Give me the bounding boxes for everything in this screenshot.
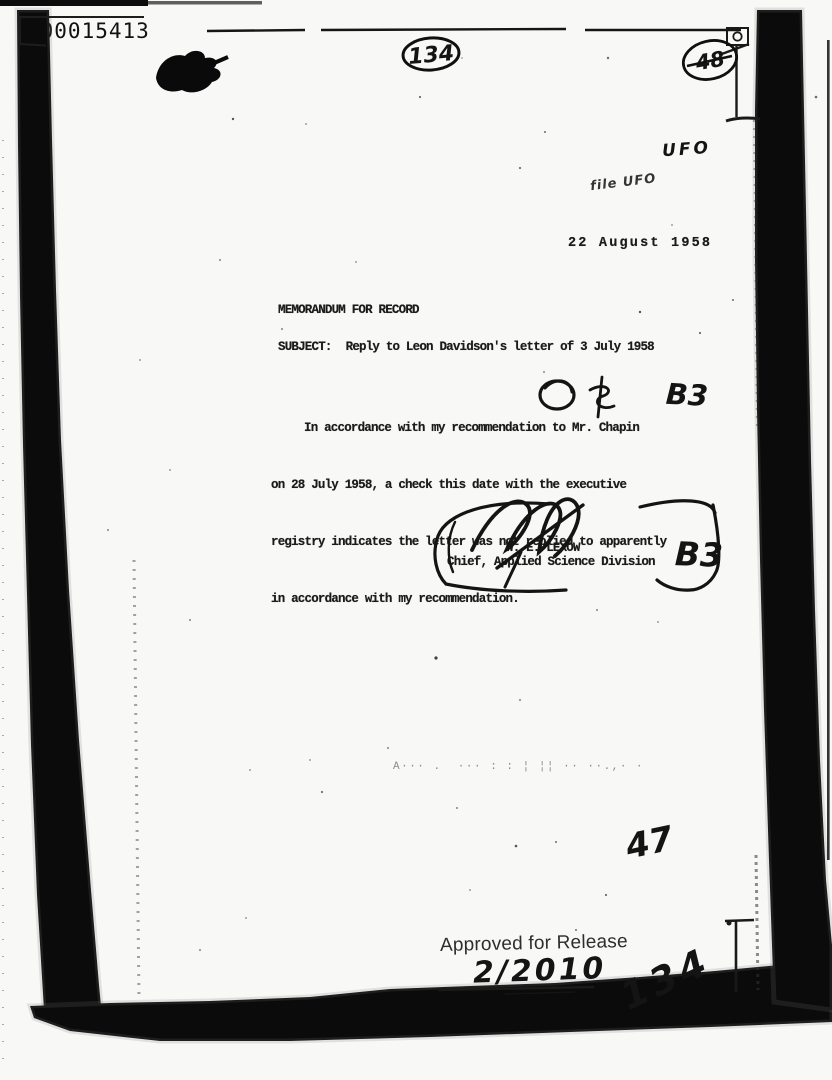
scan-artifact-bottom-band — [30, 959, 832, 1041]
scanned-memo-page: C00015413 22 August 1958 MEMORANDUM FOR … — [0, 0, 832, 1080]
memo-date: 22 August 1958 — [568, 236, 712, 251]
memo-subject-line: SUBJECT: Reply to Leon Davidson's letter… — [278, 340, 654, 354]
signature-title: Chief, Applied Science Division — [447, 555, 655, 569]
file-annotation: file UFO — [589, 171, 657, 194]
page-number-circled-48: 48 — [679, 35, 740, 84]
svg-text:48: 48 — [693, 47, 727, 76]
memo-body-line: on 28 July 1958, a check this date with … — [271, 471, 691, 500]
approved-for-release-stamp: Approved for Release — [440, 931, 628, 957]
scan-artifact-left-band — [17, 10, 101, 1010]
svg-text:134: 134 — [407, 41, 455, 70]
release-date-handwritten: 2/2010 — [472, 951, 606, 991]
ufo-annotation: UFO — [661, 138, 711, 161]
scan-artifact-right-band — [755, 10, 832, 1010]
page-number-circled-134: 134 — [402, 36, 460, 72]
memo-body-line: In accordance with my recommendation to … — [271, 414, 691, 443]
punch-hole-box — [719, 28, 760, 121]
document-id: C00015413 — [27, 19, 150, 43]
top-rule — [207, 29, 741, 31]
memo-body-line: in accordance with my recommendation. — [271, 585, 691, 614]
faint-stamp: A··· . ··· : : ¦ ¦¦ ·· ··.,· · — [393, 761, 623, 773]
memo-title: MEMORANDUM FOR RECORD — [278, 303, 419, 317]
page-number-47: 47 — [621, 819, 677, 868]
release-date-underline — [438, 987, 594, 994]
memo-subject: Reply to Leon Davidson's letter of 3 Jul… — [346, 340, 654, 354]
memo-body-line: registry indicates the letter was not re… — [271, 528, 691, 557]
signature-name: W. E. LEXOW — [506, 541, 580, 555]
bottom-right-bracket — [725, 920, 754, 992]
page-number-134-bottom: 134 — [614, 939, 718, 1019]
ink-blob-scribble — [156, 51, 228, 92]
punch-hole-icon — [733, 32, 741, 40]
memo-subject-label: SUBJECT: — [278, 340, 332, 354]
memo-body: In accordance with my recommendation to … — [271, 386, 691, 642]
